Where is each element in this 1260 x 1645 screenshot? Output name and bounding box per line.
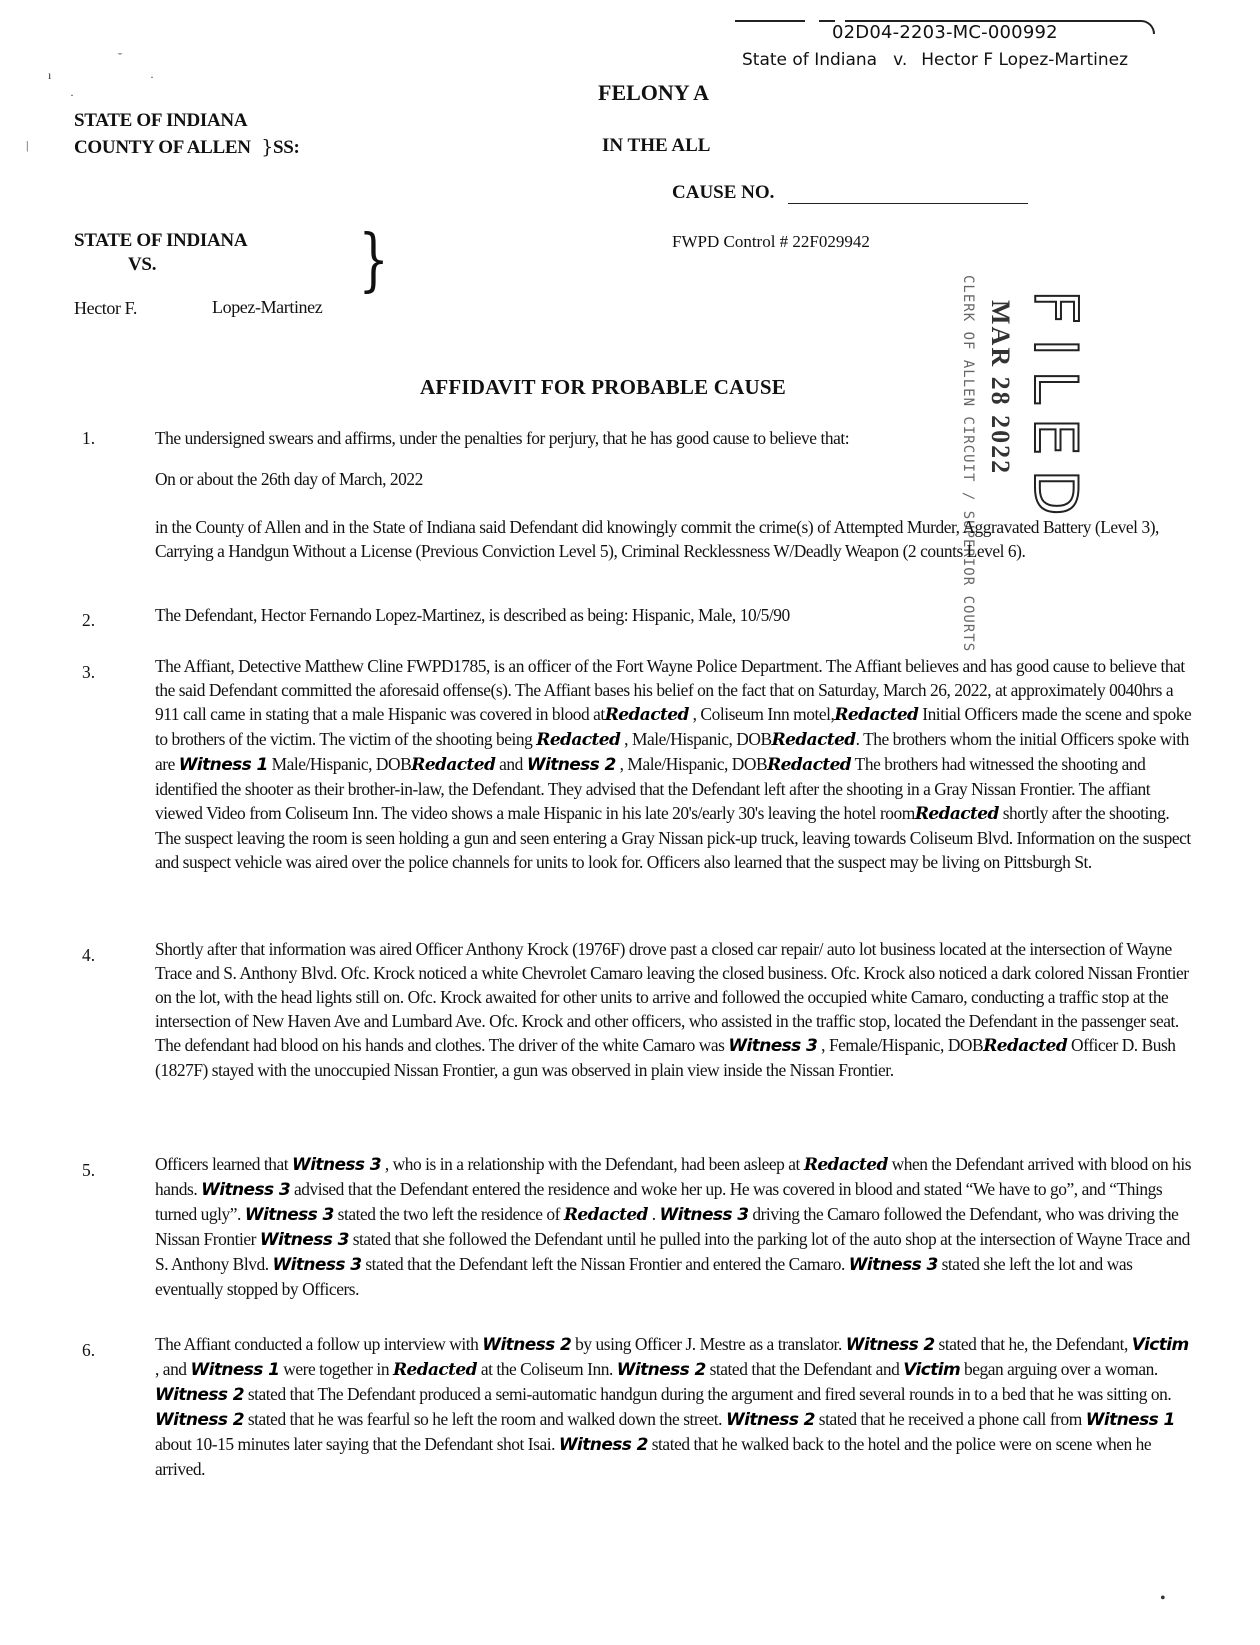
p6-text: were together in — [279, 1359, 393, 1379]
document-title: AFFIDAVIT FOR PROBABLE CAUSE — [420, 375, 786, 400]
redacted-mark: Redacted — [804, 1153, 888, 1177]
redacted-mark: Redacted — [834, 703, 918, 727]
defendant-last-name: Lopez-Martinez — [212, 297, 322, 318]
witness-3-mark: Witness 3 — [660, 1203, 749, 1227]
scan-speck: | — [26, 138, 28, 153]
witness-3-mark: Witness 3 — [273, 1253, 362, 1277]
p5-text: stated the two left the residence of — [334, 1204, 564, 1224]
paragraph-number: 3. — [82, 662, 95, 683]
victim-mark: Victim — [1132, 1333, 1189, 1357]
venue-county: COUNTY OF ALLEN }SS: — [74, 136, 300, 159]
party-vs: VS. — [128, 254, 156, 276]
paragraph-5: Officers learned that Witness 3 , who is… — [155, 1152, 1195, 1301]
witness-1-mark: Witness 1 — [1086, 1408, 1175, 1432]
witness-2-mark: Witness 2 — [155, 1408, 244, 1432]
p5-text: stated that the Defendant left the Nissa… — [361, 1254, 848, 1274]
scan-speck: · — [150, 70, 154, 85]
felony-class: FELONY A — [598, 80, 709, 106]
redacted-mark: Redacted — [983, 1034, 1067, 1058]
case-caption: State of Indianav.Hector F Lopez-Martine… — [742, 50, 1128, 70]
p3-text: , Coliseum Inn motel, — [689, 704, 835, 724]
victim-mark: Victim — [903, 1358, 960, 1382]
filed-stamp: FILED — [1020, 290, 1090, 530]
redacted-mark: Redacted — [915, 802, 999, 826]
venue-ss: SS: — [273, 137, 300, 158]
p6-text: stated that The Defendant produced a sem… — [244, 1384, 1171, 1404]
redacted-mark: Redacted — [767, 753, 851, 777]
witness-2-mark: Witness 2 — [482, 1333, 571, 1357]
witness-3-mark: Witness 3 — [849, 1253, 938, 1277]
caption-plaintiff: State of Indiana — [742, 50, 877, 70]
clerk-stamp: CLERK OF ALLEN CIRCUIT / SUPERIOR COURTS — [961, 275, 975, 652]
paragraph-2: The Defendant, Hector Fernando Lopez-Mar… — [155, 603, 1195, 627]
party-brace: } — [358, 226, 388, 296]
paragraph-1-line-3: in the County of Allen and in the State … — [155, 515, 1195, 563]
witness-1-mark: Witness 1 — [179, 753, 268, 777]
witness-1-mark: Witness 1 — [190, 1358, 279, 1382]
witness-2-mark: Witness 2 — [155, 1383, 244, 1407]
p6-text: began arguing over a woman. — [960, 1359, 1158, 1379]
witness-2-mark: Witness 2 — [617, 1358, 706, 1382]
paragraph-number: 6. — [82, 1340, 95, 1361]
p3-text: , Male/Hispanic, DOB — [616, 754, 767, 774]
redacted-mark: Redacted — [772, 728, 856, 752]
scan-speck: ˘ — [118, 50, 122, 65]
witness-3-mark: Witness 3 — [245, 1203, 334, 1227]
paragraph-1-line-2: On or about the 26th day of March, 2022 — [155, 467, 1195, 491]
witness-3-mark: Witness 3 — [260, 1228, 349, 1252]
case-number: 02D04-2203-MC-000992 — [832, 22, 1058, 43]
witness-2-mark: Witness 2 — [527, 753, 616, 777]
witness-3-mark: Witness 3 — [728, 1034, 817, 1058]
paragraph-3: The Affiant, Detective Matthew Cline FWP… — [155, 654, 1195, 874]
venue-state: STATE OF INDIANA — [74, 110, 247, 132]
p6-text: about 10-15 minutes later saying that th… — [155, 1434, 559, 1454]
paragraph-number: 2. — [82, 610, 95, 631]
p5-text: , who is in a relationship with the Defe… — [381, 1154, 804, 1174]
redacted-mark: Redacted — [393, 1358, 477, 1382]
paragraph-4: Shortly after that information was aired… — [155, 937, 1195, 1082]
p4-text: , Female/Hispanic, DOB — [817, 1035, 983, 1055]
p6-text: The Affiant conducted a follow up interv… — [155, 1334, 482, 1354]
paragraph-number: 4. — [82, 945, 95, 966]
paragraph-number: 1. — [82, 428, 95, 449]
p3-text: and — [495, 754, 527, 774]
p6-text: stated that he was fearful so he left th… — [244, 1409, 726, 1429]
redacted-mark: Redacted — [536, 728, 620, 752]
p6-text: stated that the Defendant and — [706, 1359, 904, 1379]
p3-text: Male/Hispanic, DOB — [268, 754, 412, 774]
witness-2-mark: Witness 2 — [846, 1333, 935, 1357]
venue-brace: } — [261, 136, 273, 158]
witness-3-mark: Witness 3 — [201, 1178, 290, 1202]
redacted-mark: Redacted — [605, 703, 689, 727]
scan-speck: ı — [48, 68, 51, 83]
p3-text: , Male/Hispanic, DOB — [620, 729, 771, 749]
cause-number-label: CAUSE NO. — [672, 182, 774, 204]
p6-text: stated that he, the Defendant, — [935, 1334, 1132, 1354]
redacted-mark: Redacted — [564, 1203, 648, 1227]
p6-text: stated that he received a phone call fro… — [815, 1409, 1086, 1429]
party-plaintiff: STATE OF INDIANA — [74, 230, 247, 252]
p5-text: . — [648, 1204, 660, 1224]
fwpd-control-number: FWPD Control # 22F029942 — [672, 232, 870, 252]
caption-versus: v. — [893, 50, 907, 70]
p6-text: , and — [155, 1359, 190, 1379]
paragraph-1-line-1: The undersigned swears and affirms, unde… — [155, 426, 1195, 450]
p6-text: at the Coliseum Inn. — [477, 1359, 617, 1379]
paragraph-6: The Affiant conducted a follow up interv… — [155, 1332, 1195, 1481]
witness-2-mark: Witness 2 — [559, 1433, 648, 1457]
paragraph-number: 5. — [82, 1160, 95, 1181]
cause-number-blank — [788, 203, 1028, 204]
defendant-first-name: Hector F. — [74, 298, 137, 319]
scan-speck: · — [70, 88, 74, 103]
p6-text: by using Officer J. Mestre as a translat… — [571, 1334, 846, 1354]
venue-county-label: COUNTY OF ALLEN — [74, 137, 251, 158]
scan-speck: • — [1160, 1590, 1166, 1608]
court-label: IN THE ALL — [602, 135, 710, 157]
redacted-mark: Redacted — [411, 753, 495, 777]
p5-text: Officers learned that — [155, 1154, 292, 1174]
caption-defendant: Hector F Lopez-Martinez — [921, 50, 1128, 70]
witness-3-mark: Witness 3 — [292, 1153, 381, 1177]
witness-2-mark: Witness 2 — [726, 1408, 815, 1432]
